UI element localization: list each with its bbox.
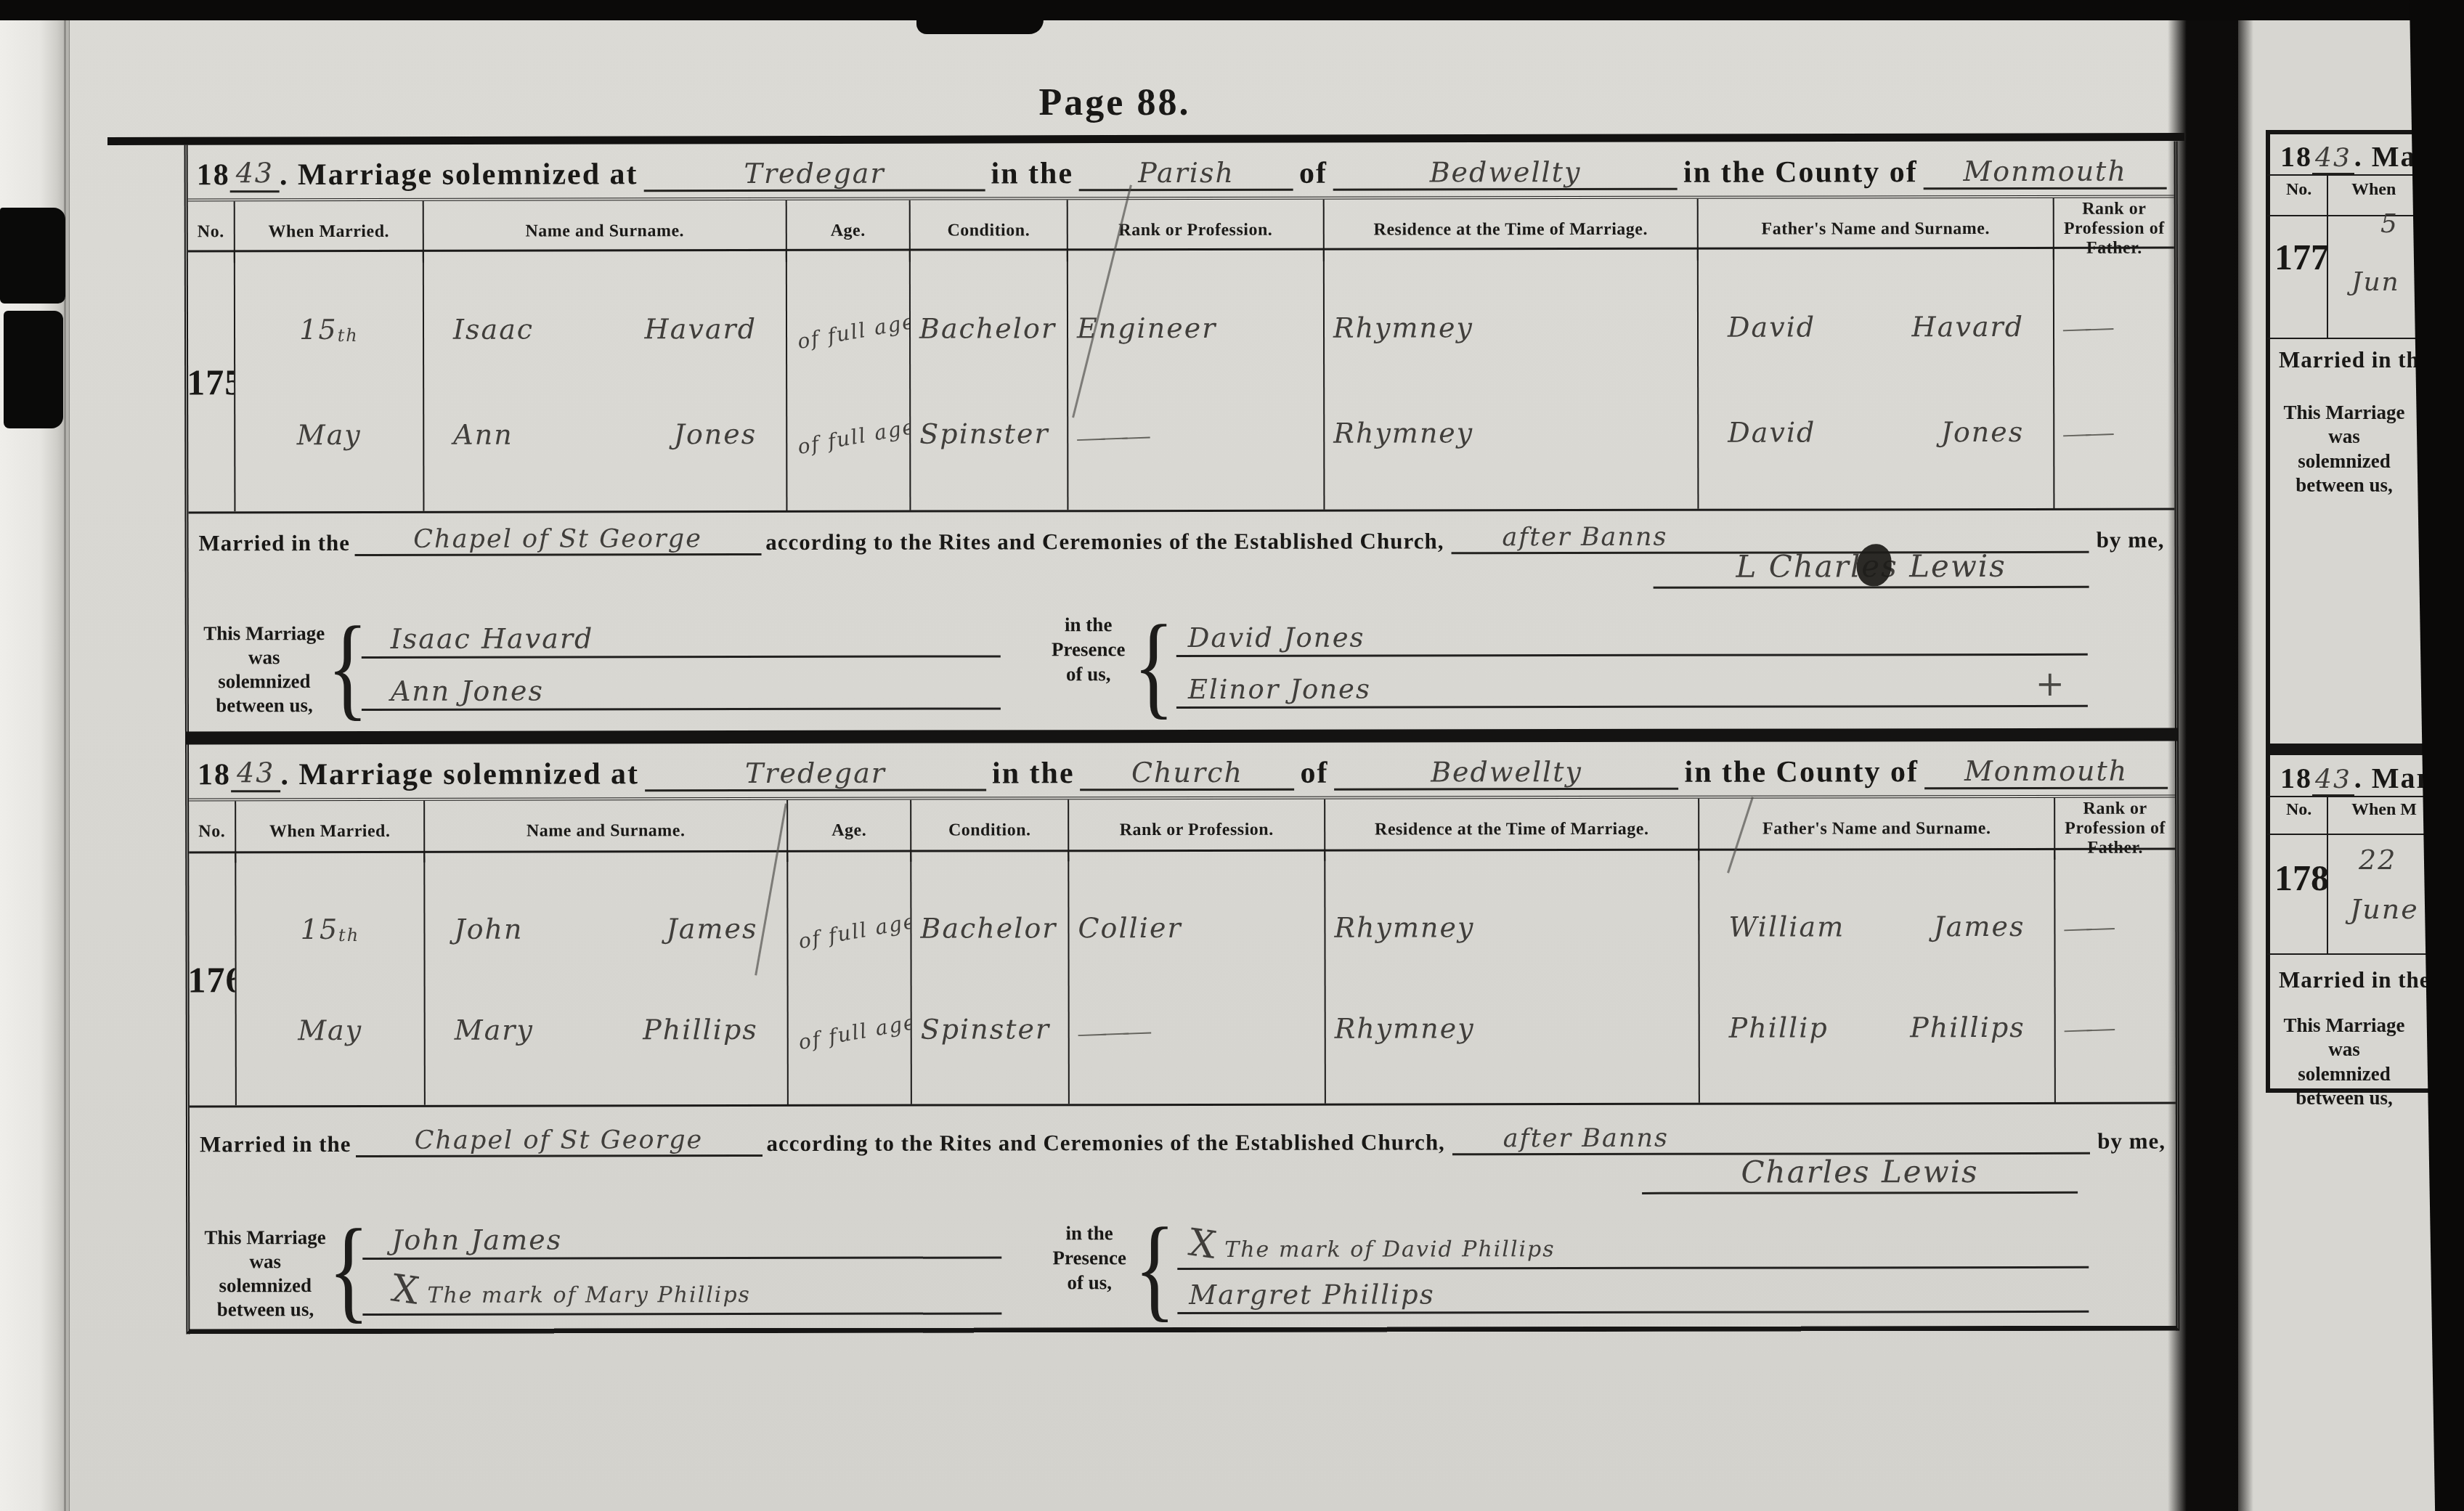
groom-age: of full age	[795, 902, 904, 953]
witness1-x-mark: X	[1186, 1221, 1220, 1268]
bride-condition: Spinster	[919, 416, 1058, 449]
right-record-number: 178	[2274, 857, 2329, 899]
groom-father-last: James	[1933, 911, 2025, 942]
place-handwritten: Tredegar	[745, 757, 886, 789]
groom-first-name: Isaac	[453, 314, 534, 346]
witness1-mark-line: XThe mark of David Phillips	[1177, 1221, 2089, 1270]
witness-brace	[1141, 1210, 1168, 1327]
bride-mark-line: XThe mark of Mary Phillips	[362, 1267, 1001, 1316]
right-month-handwritten: Jun	[2351, 267, 2400, 297]
label-line: of us,	[1038, 1271, 1141, 1295]
groom-residence: Rhymney	[1333, 310, 1688, 344]
groom-rank: Collier	[1078, 910, 1315, 944]
right-form1-header: 1843. Ma	[2280, 139, 2417, 174]
right-form2-header: 1843. Mar	[2280, 761, 2431, 795]
bride-age: of full age	[795, 1003, 904, 1055]
entry1-header: 18 43 . Marriage solemnized at Tredegar …	[188, 142, 2174, 202]
bride-father-first: David	[1728, 416, 1816, 448]
entry2-header: 18 43 . Marriage solemnized at Tredegar …	[189, 741, 2175, 802]
father-rank-cell: —— ——	[2054, 249, 2175, 508]
of-label: of	[1299, 156, 1327, 191]
groom-age: of full age	[794, 303, 903, 354]
groom-father-first: David	[1728, 311, 1816, 343]
witness2-signature: Elinor Jones	[1176, 672, 2088, 709]
ink-blot-left	[0, 208, 65, 304]
groom-condition: Bachelor	[920, 911, 1059, 944]
right-col-no: No.	[2286, 180, 2311, 200]
wedding-day-suffix: th	[338, 925, 359, 945]
page-number: Page 88.	[185, 81, 2044, 124]
label-line: was	[2272, 425, 2417, 449]
groom-father-last: Havard	[1912, 311, 2024, 343]
label-line: This Marriage	[2272, 401, 2417, 425]
record-number-cell: 176	[189, 853, 237, 1105]
bride-first-name: Mary	[455, 1014, 534, 1046]
entry2-married-in-row: Married in the Chapel of St George accor…	[190, 1104, 2176, 1206]
place-handwritten: Tredegar	[744, 158, 885, 190]
county-handwritten: Monmouth	[1963, 155, 2126, 187]
right-day-handwritten: 22	[2359, 844, 2396, 876]
father-name-cell: DavidHavard DavidJones	[1699, 249, 2055, 509]
venue-type-handwritten: Parish	[1138, 157, 1235, 189]
groom-first-name: John	[454, 913, 523, 945]
groom-last-name: Havard	[645, 313, 757, 345]
officiant-signature: L Charles Lewis	[1654, 548, 2089, 589]
label-line: solemnized	[2272, 449, 2417, 473]
year-handwritten: 43	[236, 157, 274, 189]
right-col-no: No.	[2286, 800, 2311, 820]
groom-father-first: William	[1728, 911, 1845, 942]
groom-father-rank-dash: ——	[2064, 907, 2168, 944]
label-line: Presence	[1037, 638, 1140, 662]
bride-mark-text: The mark of Mary Phillips	[427, 1282, 751, 1308]
presence-label: in the Presence of us,	[1037, 601, 1140, 730]
right-married-in-label: Married in the	[2279, 347, 2431, 373]
year-handwritten: 43	[237, 757, 275, 789]
condition-cell: Bachelor Spinster	[911, 852, 1070, 1104]
bride-x-mark: X	[389, 1266, 423, 1314]
witness-signatures: XThe mark of David Phillips Margret Phil…	[1168, 1208, 2176, 1327]
left-brace	[334, 603, 362, 731]
bride-father-first: Phillip	[1729, 1012, 1829, 1044]
of-label: of	[1300, 756, 1328, 791]
label-line: solemnized	[195, 669, 334, 693]
label-line: between us,	[195, 693, 334, 717]
bride-father-last: Jones	[1941, 416, 2025, 448]
label-line: This Marriage	[2272, 1014, 2417, 1038]
groom-father-rank-dash: ——	[2062, 307, 2166, 344]
venue-handwritten: Chapel of St George	[415, 1125, 704, 1155]
label-line: This Marriage	[195, 622, 334, 645]
marriage-register-scan: Page 88. 18 43 . Marriage solemnized at …	[0, 0, 2464, 1511]
year-printed: 18	[198, 757, 231, 792]
year-printed: 18	[2280, 762, 2312, 794]
ink-blot-left	[4, 311, 63, 428]
venue-type-handwritten: Church	[1131, 757, 1243, 789]
rank-cell: Engineer ———	[1068, 251, 1325, 510]
left-brace	[335, 1211, 362, 1329]
names-cell: IsaacHavard AnnJones	[424, 251, 788, 511]
label-line: in the	[1037, 613, 1140, 638]
year-handwritten: 43	[2312, 765, 2354, 797]
year-printed: 18	[2280, 140, 2312, 173]
presence-label: in the Presence of us,	[1038, 1210, 1141, 1327]
bride-first-name: Ann	[453, 418, 513, 450]
married-in-label: Married in the	[200, 1131, 351, 1157]
label-line: Presence	[1038, 1246, 1141, 1271]
right-col-when: When M	[2351, 800, 2417, 820]
residence-cell: Rhymney Rhymney	[1325, 250, 1699, 510]
witness-brace	[1140, 601, 1168, 730]
right-married-in-label: Married in the	[2279, 967, 2431, 993]
officiant-name: Charles Lewis	[1741, 1154, 1978, 1190]
banns-handwritten: after Banns	[1502, 523, 1667, 552]
label-line: in the	[1038, 1221, 1141, 1246]
wedding-day-suffix: th	[338, 325, 359, 346]
record-number: 175	[188, 361, 234, 403]
witness1-mark-text: The mark of David Phillips	[1224, 1237, 1555, 1263]
father-rank-cell: —— ——	[2055, 850, 2176, 1102]
witness2-signature: Margret Phillips	[1177, 1277, 2089, 1314]
bride-father-rank-dash: ——	[2064, 1008, 2168, 1045]
pen-cross-mark: +	[2036, 664, 2066, 704]
label-line: between us,	[2272, 1086, 2417, 1110]
wedding-day: 15	[299, 314, 337, 346]
age-cell: of full age of full age	[787, 251, 911, 510]
bride-father-rank-dash: ——	[2062, 412, 2166, 449]
bride-rank-dash: ———	[1078, 1007, 1316, 1049]
witness1-signature: David Jones	[1176, 621, 2088, 657]
party-signatures: Isaac Havard Ann Jones	[362, 601, 1037, 731]
right-this-marriage-label: This Marriage was solemnized between us,	[2272, 401, 2417, 498]
label-line: was	[2272, 1038, 2417, 1062]
right-form-left-border	[2266, 130, 2270, 1093]
right-col-when: When	[2351, 180, 2396, 200]
left-page-edge	[0, 0, 73, 1511]
label-line: between us,	[2272, 473, 2417, 497]
by-me-label: by me,	[2097, 527, 2165, 553]
wedding-month: May	[297, 418, 362, 451]
bride-condition: Spinster	[921, 1012, 1060, 1046]
bride-father-last: Phillips	[1910, 1011, 2025, 1043]
this-marriage-label: This Marriage was solemnized between us,	[195, 603, 334, 731]
book-gutter-shadow	[2168, 0, 2253, 1511]
groom-last-name: James	[666, 913, 757, 945]
year-handwritten: 43	[2312, 143, 2354, 175]
label-line: This Marriage	[195, 1226, 335, 1250]
groom-signature: John James	[362, 1223, 1001, 1260]
parish-handwritten: Bedwellty	[1431, 756, 1582, 788]
bride-signature: Ann Jones	[362, 674, 1001, 711]
county-label: in the County of	[1684, 754, 1919, 790]
bride-residence: Rhymney	[1335, 1011, 1690, 1045]
entry1-column-headers: No. When Married. Name and Surname. Age.…	[188, 198, 2174, 253]
age-cell: of full age of full age	[788, 852, 912, 1104]
label-line: solemnized	[2272, 1062, 2417, 1086]
by-me-label: by me,	[2097, 1128, 2166, 1154]
witness-signatures: David Jones Elinor Jones	[1168, 600, 2175, 730]
solemnized-at-label: . Marriage solemnized at	[280, 157, 638, 192]
bride-last-name: Jones	[674, 418, 757, 450]
rank-cell: Collier ———	[1069, 852, 1326, 1104]
groom-signature: Isaac Havard	[362, 622, 1001, 659]
right-record-number: 177	[2274, 236, 2329, 278]
solemnized-at-label: . Marriage solemnized at	[280, 757, 639, 792]
ink-blot	[1857, 544, 1892, 586]
right-month-handwritten: June	[2350, 893, 2419, 925]
venue-handwritten: Chapel of St George	[413, 524, 702, 554]
bride-age: of full age	[794, 407, 903, 459]
bride-residence: Rhymney	[1333, 415, 1688, 449]
heading-fragment: . Ma	[2354, 140, 2417, 173]
residence-cell: Rhymney Rhymney	[1325, 851, 1700, 1104]
groom-condition: Bachelor	[919, 311, 1058, 345]
label-line: of us,	[1037, 662, 1140, 687]
names-cell: JohnJames MaryPhillips	[425, 852, 789, 1105]
record-number: 176	[189, 958, 235, 1001]
entry2-column-headers: No. When Married. Name and Surname. Age.…	[189, 798, 2175, 854]
wedding-month: May	[298, 1013, 362, 1046]
scan-top-shadow	[0, 0, 2464, 20]
entry1-solemnized-row: This Marriage was solemnized between us,…	[189, 594, 2175, 732]
label-line: was	[195, 1250, 335, 1274]
entry2-solemnized-row: This Marriage was solemnized between us,…	[190, 1202, 2176, 1329]
label-line: was	[195, 645, 334, 669]
when-married-cell: 15th May	[235, 252, 425, 511]
rites-label: according to the Rites and Ceremonies of…	[765, 528, 1444, 555]
county-handwritten: Monmouth	[1964, 755, 2128, 787]
condition-cell: Bachelor Spinster	[911, 251, 1069, 510]
father-name-cell: WilliamJames PhillipPhillips	[1699, 850, 2056, 1103]
label-line: between us,	[195, 1298, 335, 1321]
year-printed: 18	[197, 158, 230, 192]
right-day-handwritten: 5	[2380, 209, 2399, 239]
groom-residence: Rhymney	[1334, 910, 1689, 944]
parish-handwritten: Bedwellty	[1430, 156, 1582, 188]
entry2-record-row: 176 15th May JohnJames MaryPhillips of f…	[189, 850, 2176, 1108]
entry1-record-row: 175 15th May IsaacHavard AnnJones of ful…	[188, 249, 2175, 514]
marriage-register-form: 18 43 . Marriage solemnized at Tredegar …	[184, 142, 2180, 1335]
heading-fragment: . Mar	[2354, 762, 2431, 794]
when-married-cell: 15th May	[236, 853, 426, 1105]
party-signatures: John James XThe mark of Mary Phillips	[362, 1210, 1038, 1329]
officiant-signature: Charles Lewis	[1642, 1154, 2078, 1194]
this-marriage-label: This Marriage was solemnized between us,	[195, 1211, 335, 1329]
bride-rank-dash: ———	[1077, 412, 1315, 454]
groom-rank: Engineer	[1077, 311, 1314, 345]
record-number-cell: 175	[188, 252, 236, 511]
banns-handwritten: after Banns	[1503, 1124, 1669, 1153]
right-this-marriage-label: This Marriage was solemnized between us,	[2272, 1014, 2417, 1111]
county-label: in the County of	[1683, 155, 1918, 190]
rites-label: according to the Rites and Ceremonies of…	[767, 1129, 1445, 1157]
married-in-label: Married in the	[198, 530, 350, 556]
entry1-married-in-row: Married in the Chapel of St George accor…	[188, 510, 2174, 598]
scan-top-shadow-blob	[916, 0, 1044, 34]
in-the-label: in the	[991, 156, 1074, 191]
label-line: solemnized	[195, 1274, 335, 1298]
wedding-day: 15	[301, 913, 338, 945]
bride-last-name: Phillips	[643, 1014, 758, 1046]
in-the-label: in the	[992, 756, 1075, 791]
